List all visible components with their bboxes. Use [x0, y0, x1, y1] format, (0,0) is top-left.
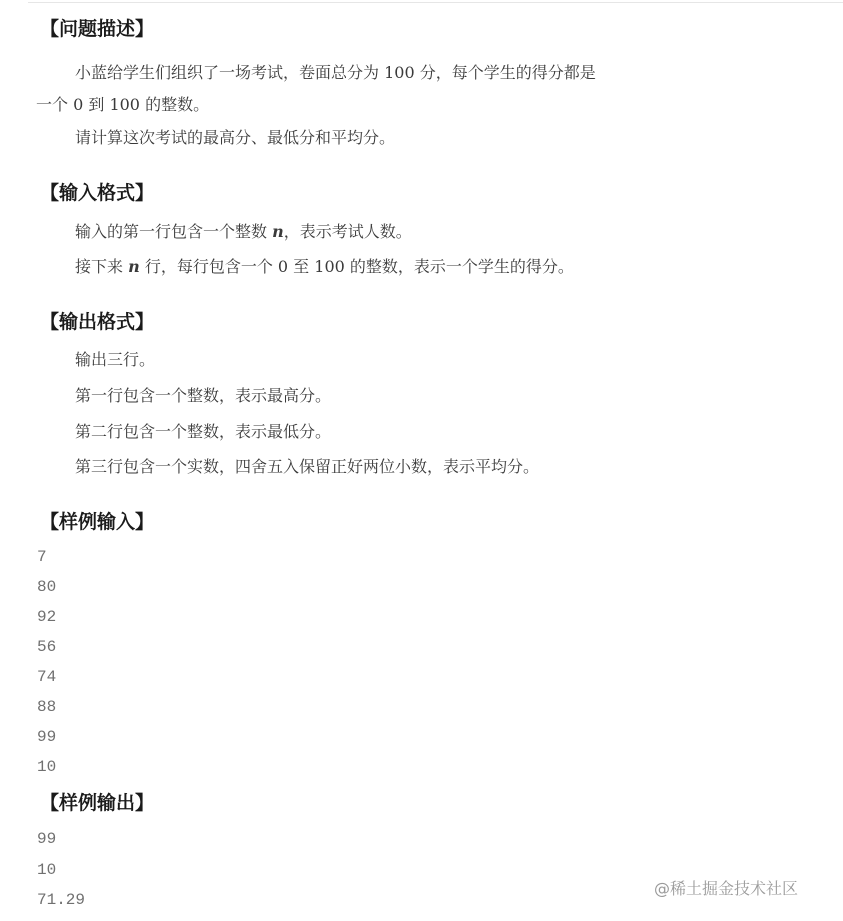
output-format-heading: 【输出格式】 [40, 307, 154, 334]
sample-input-line: 99 [37, 728, 56, 746]
sample-input-line: 7 [37, 548, 47, 566]
sample-output-line: 99 [37, 830, 56, 848]
input-format-line-2: 接下来 n 行，每行包含一个 0 至 100 的整数，表示一个学生的得分。 [75, 254, 574, 277]
sample-input-heading: 【样例输入】 [40, 507, 154, 534]
input-format-line-2-post: 行，每行包含一个 0 至 100 的整数，表示一个学生的得分。 [140, 257, 574, 276]
input-format-line-1: 输入的第一行包含一个整数 n，表示考试人数。 [75, 219, 412, 242]
input-format-line-2-pre: 接下来 [75, 257, 128, 276]
variable-n: n [128, 257, 140, 276]
output-format-line: 第一行包含一个整数，表示最高分。 [75, 383, 331, 406]
problem-description-line-2: 一个 0 到 100 的整数。 [36, 92, 209, 115]
sample-output-line: 71.29 [37, 891, 85, 909]
problem-description-line-1: 小蓝给学生们组织了一场考试，卷面总分为 100 分，每个学生的得分都是 [75, 60, 596, 83]
sample-input-line: 88 [37, 698, 56, 716]
variable-n: n [272, 222, 284, 241]
sample-input-line: 74 [37, 668, 56, 686]
sample-input-line: 92 [37, 608, 56, 626]
output-format-line: 第三行包含一个实数，四舍五入保留正好两位小数，表示平均分。 [75, 454, 539, 477]
sample-input-line: 80 [37, 578, 56, 596]
input-format-heading: 【输入格式】 [40, 178, 154, 205]
input-format-line-1-post: ，表示考试人数。 [284, 222, 412, 241]
input-format-line-1-pre: 输入的第一行包含一个整数 [75, 222, 272, 241]
top-divider [28, 2, 843, 3]
sample-input-line: 10 [37, 758, 56, 776]
problem-description-line-3: 请计算这次考试的最高分、最低分和平均分。 [75, 125, 395, 148]
output-format-line: 第二行包含一个整数，表示最低分。 [75, 419, 331, 442]
output-format-line: 输出三行。 [75, 347, 155, 370]
sample-input-line: 56 [37, 638, 56, 656]
watermark: @稀土掘金技术社区 [654, 876, 798, 899]
problem-description-heading: 【问题描述】 [40, 14, 154, 41]
sample-output-heading: 【样例输出】 [40, 788, 154, 815]
sample-output-line: 10 [37, 861, 56, 879]
